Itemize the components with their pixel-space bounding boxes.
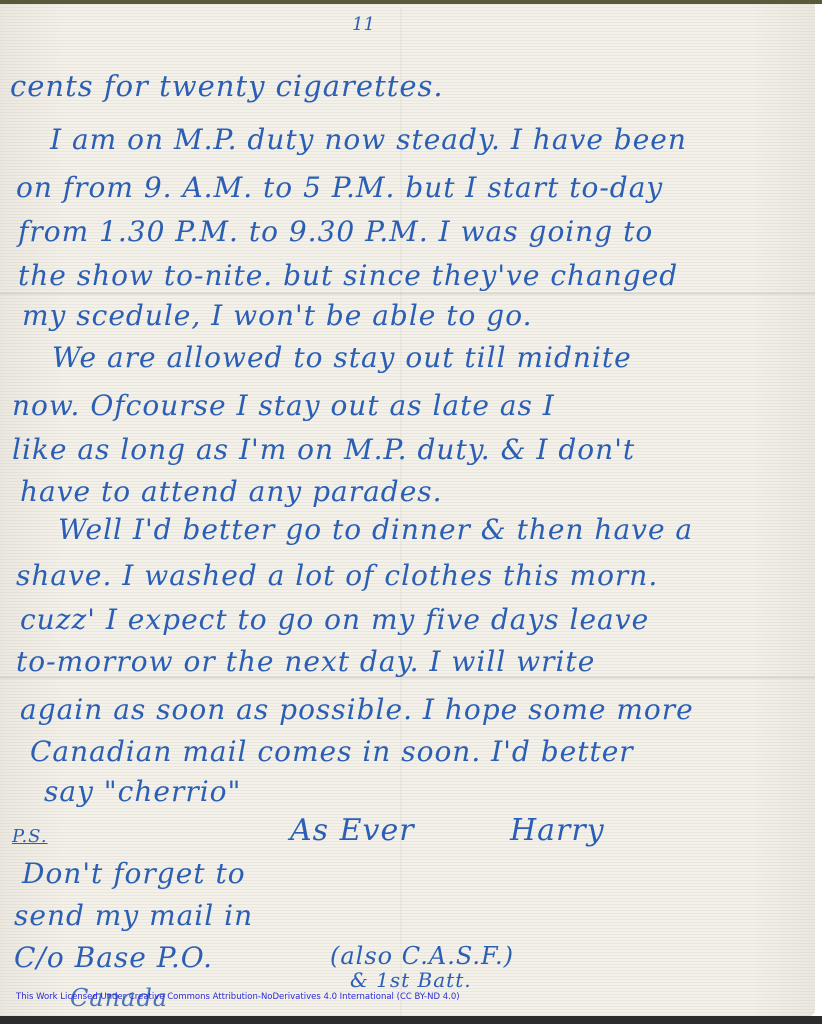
page-number: 11 <box>352 14 375 35</box>
letter-line-3: on from 9. A.M. to 5 P.M. but I start to… <box>16 174 663 202</box>
letter-line-1: cents for twenty cigarettes. <box>10 72 444 101</box>
closing: As Ever <box>290 816 415 846</box>
scan-bottom-edge <box>0 1016 822 1024</box>
postscript-line-2: send my mail in <box>14 902 253 930</box>
letter-line-13: cuzz' I expect to go on my five days lea… <box>20 606 649 634</box>
letter-line-8: now. Ofcourse I stay out as late as I <box>12 392 555 420</box>
postscript-line-3: C/o Base P.O. <box>14 944 213 972</box>
letter-line-11: Well I'd better go to dinner & then have… <box>58 516 693 544</box>
postscript-line-1: Don't forget to <box>22 860 246 888</box>
letter-line-15: again as soon as possible. I hope some m… <box>20 696 694 724</box>
letter-line-2: I am on M.P. duty now steady. I have bee… <box>50 126 687 154</box>
letter-line-12: shave. I washed a lot of clothes this mo… <box>16 562 658 590</box>
letter-line-7: We are allowed to stay out till midnite <box>52 344 632 372</box>
letter-line-9: like as long as I'm on M.P. duty. & I do… <box>12 436 635 464</box>
letter-line-5: the show to-nite. but since they've chan… <box>18 262 678 290</box>
paper-fold-upper <box>0 292 815 295</box>
license-notice: This Work Licensed Under Creative Common… <box>16 992 460 1002</box>
letter-line-10: have to attend any parades. <box>20 478 443 506</box>
scanned-letter: 11 cents for twenty cigarettes. I am on … <box>0 0 822 1024</box>
letter-line-17: say "cherrio" <box>44 778 241 806</box>
postscript-note-1: (also C.A.S.F.) <box>330 944 514 968</box>
letter-line-6: my scedule, I won't be able to go. <box>22 302 532 330</box>
letter-line-16: Canadian mail comes in soon. I'd better <box>30 738 634 766</box>
letter-line-14: to-morrow or the next day. I will write <box>16 648 595 676</box>
letter-line-4: from 1.30 P.M. to 9.30 P.M. I was going … <box>18 218 653 246</box>
postscript-label: P.S. <box>12 828 48 846</box>
signature: Harry <box>510 816 605 846</box>
postscript-note-2: & 1st Batt. <box>350 970 472 990</box>
